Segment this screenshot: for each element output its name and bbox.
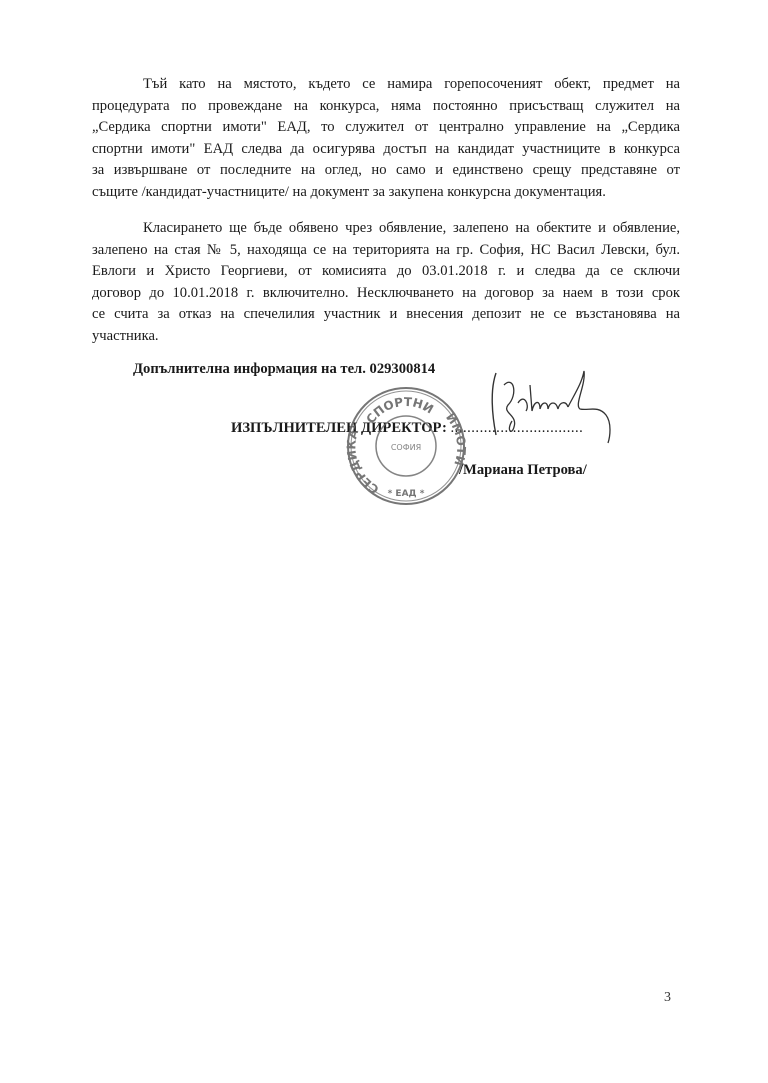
stamp-right-text: ИМОТИ — [443, 410, 468, 467]
svg-text:ИМОТИ: ИМОТИ — [443, 410, 468, 467]
text-line: същите /кандидат-участниците/ на докумен… — [92, 182, 680, 204]
stamp-bottom-text: * ЕАД * — [388, 489, 425, 499]
text-line: участника. — [92, 326, 680, 348]
text-line: договор до 10.01.2018 г. включително. Не… — [92, 283, 680, 305]
text-line: Тъй като на мястото, където се намира го… — [92, 74, 680, 96]
signature-icon — [478, 365, 618, 445]
text-line: спортни имоти" ЕАД следва да осигурява д… — [92, 139, 680, 161]
paragraph-ranking: Класирането ще бъде обявено чрез обявлен… — [92, 218, 680, 348]
paragraph-site-access: Тъй като на мястото, където се намира го… — [92, 74, 680, 204]
text-line: за извършване от последните на оглед, но… — [92, 160, 680, 182]
text-line: се счита за отказ на спечелилия участник… — [92, 304, 680, 326]
text-line: Класирането ще бъде обявено чрез обявлен… — [92, 218, 680, 240]
text-line: процедурата по провеждане на конкурса, н… — [92, 96, 680, 118]
svg-text:СПОРТНИ: СПОРТНИ — [363, 395, 435, 426]
company-stamp-icon: СПОРТНИ СЕРДИКА ИМОТИ * ЕАД * СОФИЯ — [344, 384, 469, 509]
page-number: 3 — [664, 990, 671, 1006]
text-line: Евлоги и Христо Георгиеви, от комисията … — [92, 261, 680, 283]
document-page: Тъй като на мястото, където се намира го… — [0, 0, 768, 1083]
additional-info-phone: Допълнителна информация на тел. 02930081… — [133, 361, 435, 378]
stamp-top-text: СПОРТНИ — [363, 395, 435, 426]
signatory-name: /Мариана Петрова/ — [459, 462, 587, 479]
text-line: залепено на стая № 5, находяща се на тер… — [92, 240, 680, 262]
text-line: „Сердика спортни имоти" ЕАД, то служител… — [92, 117, 680, 139]
stamp-center-text: СОФИЯ — [391, 443, 421, 452]
